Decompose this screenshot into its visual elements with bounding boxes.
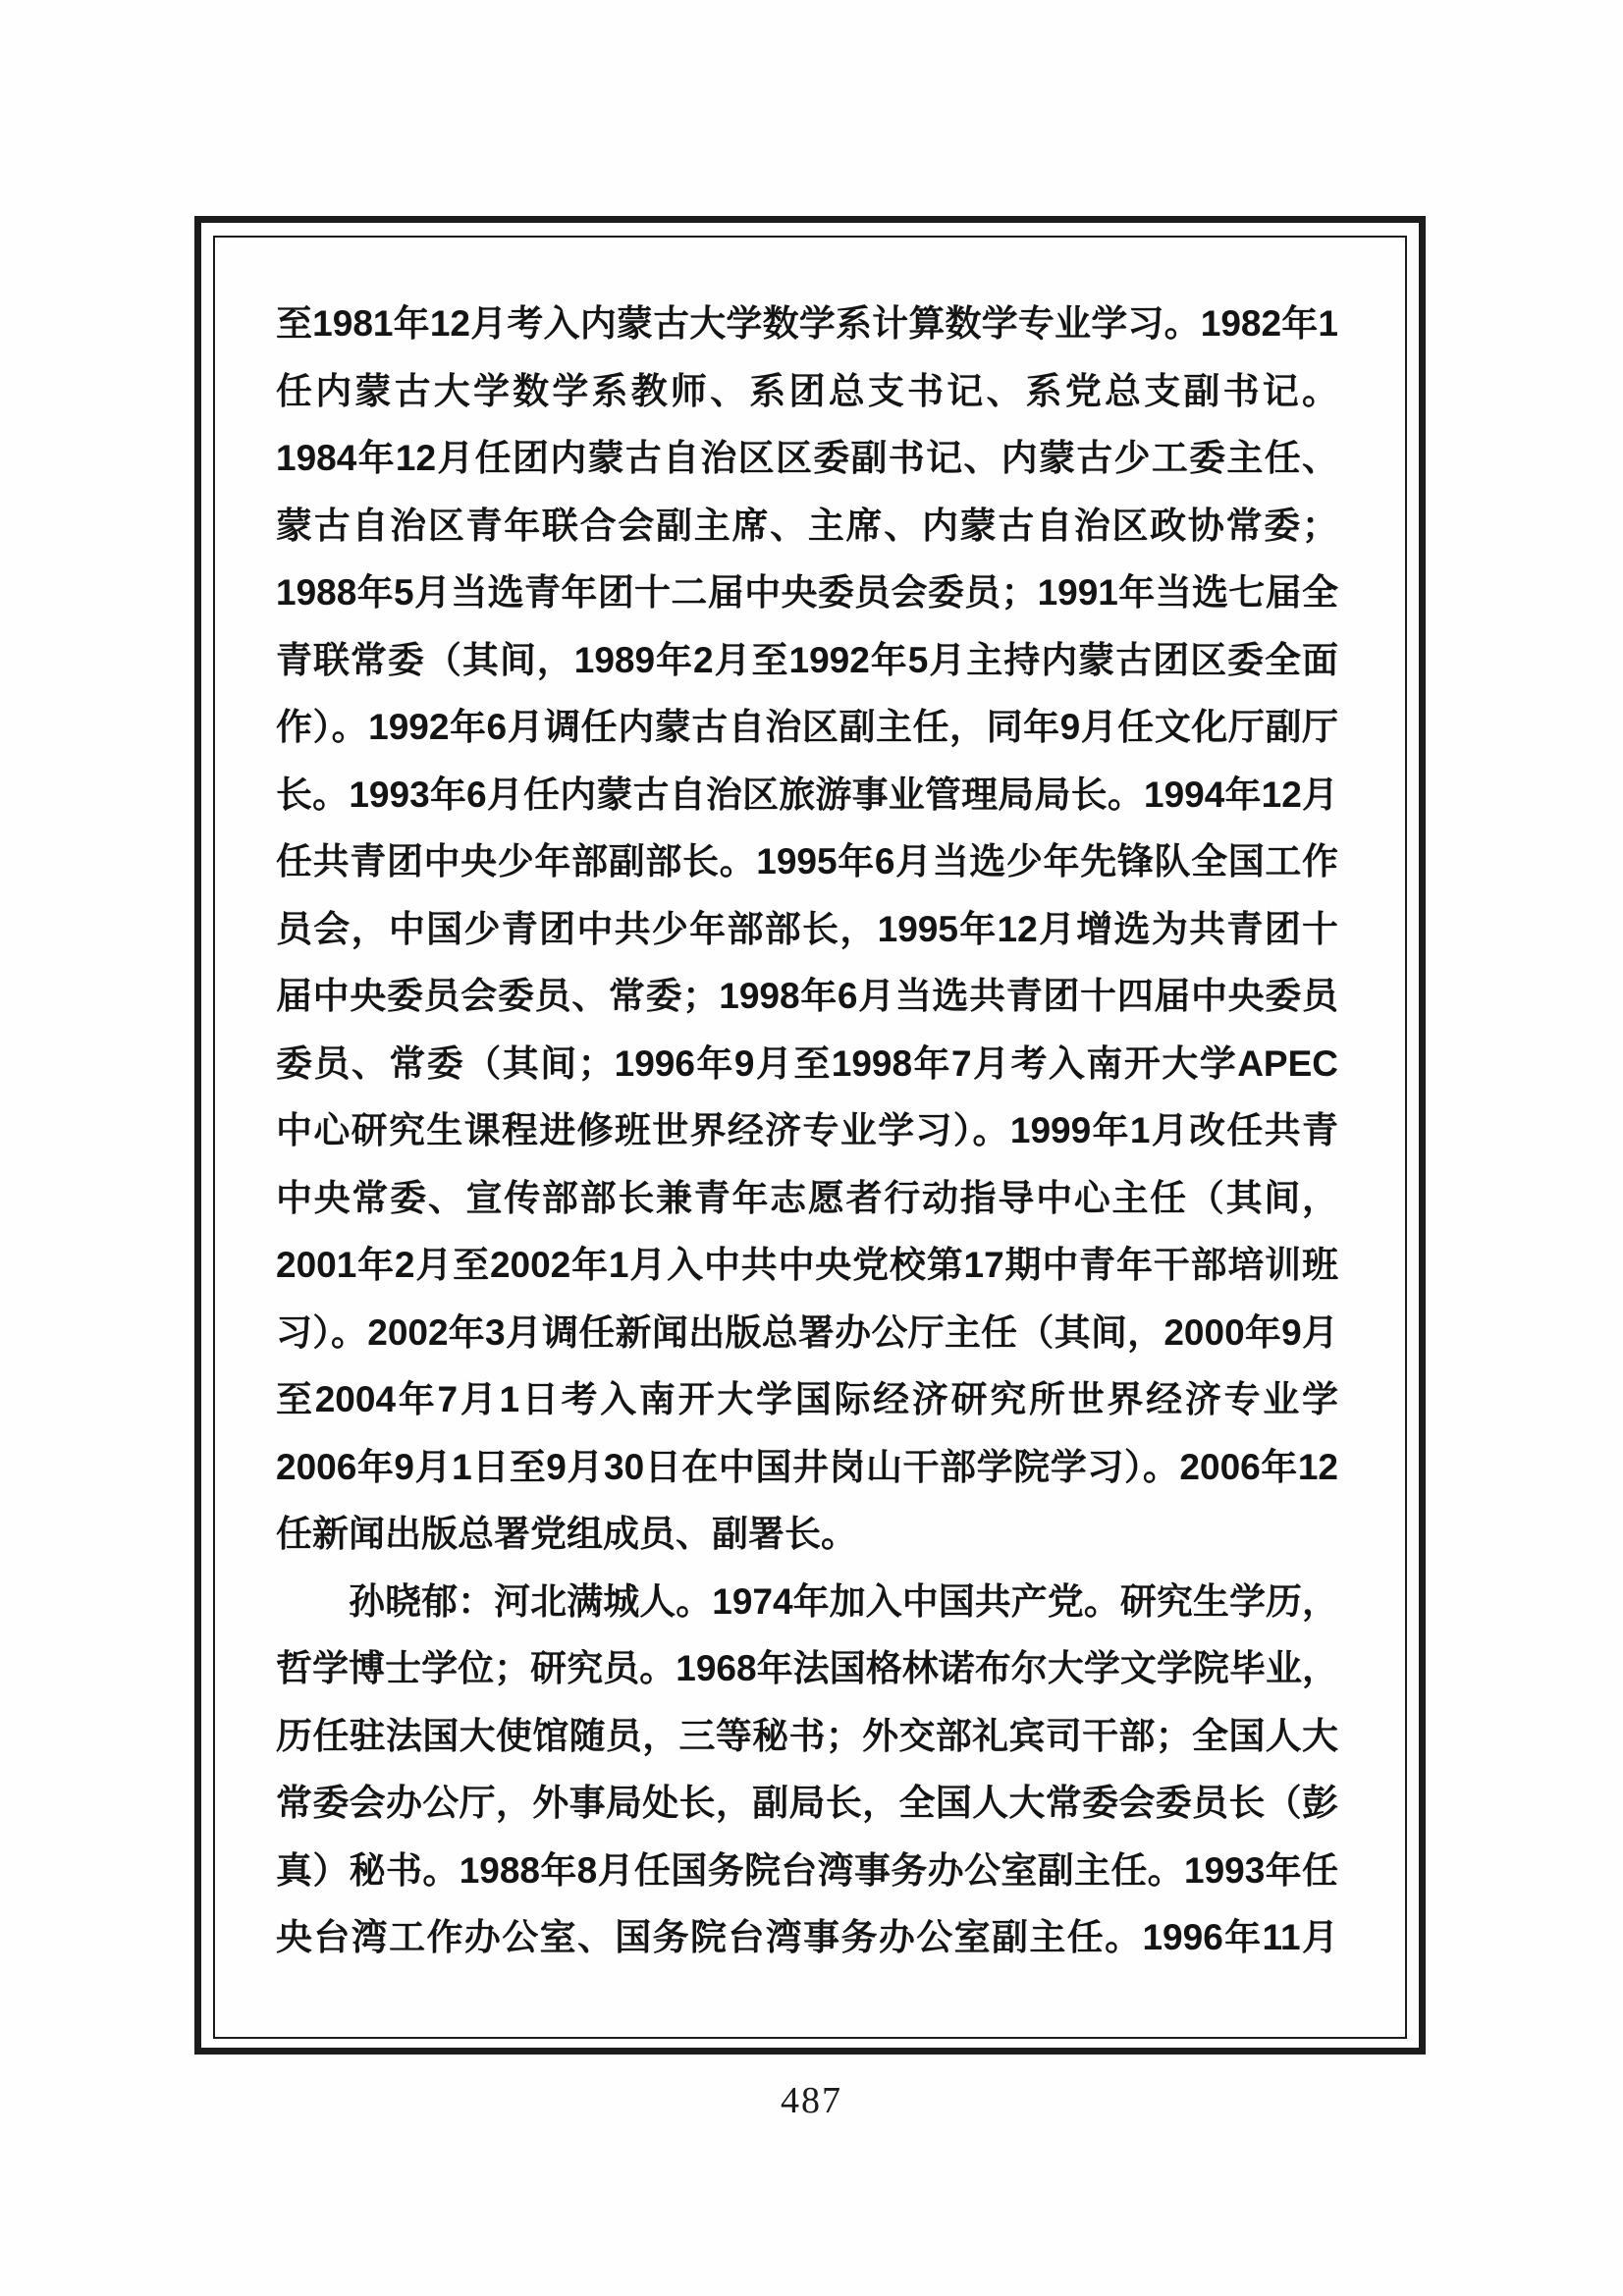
text-line-16: 习）。2002年3月调任新闻出版总署办公厅主任（其间，2000年9月 — [276, 1300, 1338, 1367]
text-line-20-paragraph-start: 孙晓郁：河北满城人。1974年加入中国共产党。研究生学历， — [276, 1569, 1338, 1636]
text-line-04: 蒙古自治区青年联合会副主席、主席、内蒙古自治区政协常委； — [276, 493, 1338, 561]
text-line-08: 长。1993年6月任内蒙古自治区旅游事业管理局局长。1994年12月调 — [276, 762, 1338, 829]
text-line-21: 哲学博士学位；研究员。1968年法国格林诺布尔大学文学院毕业， — [276, 1635, 1338, 1703]
text-line-06: 青联常委（其间，1989年2月至1992年5月主持内蒙古团区委全面工 — [276, 627, 1338, 695]
text-line-01: 至1981年12月考入内蒙古大学数学系计算数学专业学习。1982年1月 — [276, 291, 1338, 358]
text-line-23: 常委会办公厅，外事局处长，副局长，全国人大常委会委员长（彭 — [276, 1770, 1338, 1838]
text-line-14: 中央常委、宣传部部长兼青年志愿者行动指导中心主任（其间， — [276, 1165, 1338, 1233]
text-line-07: 作）。1992年6月调任内蒙古自治区副主任，同年9月任文化厅副厅 — [276, 694, 1338, 762]
text-line-25: 央台湾工作办公室、国务院台湾事务办公室副主任。1996年11月任 — [276, 1904, 1338, 1972]
text-line-03: 1984年12月任团内蒙古自治区区委副书记、内蒙古少工委主任、内 — [276, 425, 1338, 493]
page-number: 487 — [0, 2079, 1623, 2122]
text-line-05: 1988年5月当选青年团十二届中央委员会委员；1991年当选七届全国 — [276, 560, 1338, 627]
text-line-19-paragraph-end: 任新闻出版总署党组成员、副署长。 — [276, 1501, 1338, 1569]
text-line-12: 委员、常委（其间；1996年9月至1998年7月考入南开大学APEC研究 — [276, 1031, 1338, 1098]
text-line-15: 2001年2月至2002年1月入中共中央党校第17期中青年干部培训班学 — [276, 1232, 1338, 1300]
text-line-02: 任内蒙古大学数学系教师、系团总支书记、系党总支副书记。 — [276, 358, 1338, 426]
scanned-book-page: 至1981年12月考入内蒙古大学数学系计算数学专业学习。1982年1月 任内蒙古… — [0, 0, 1623, 2296]
text-line-11: 届中央委员会委员、常委；1998年6月当选共青团十四届中央委员会 — [276, 963, 1338, 1031]
body-text-block: 至1981年12月考入内蒙古大学数学系计算数学专业学习。1982年1月 任内蒙古… — [276, 291, 1338, 1972]
text-line-10: 员会，中国少青团中共少年部部长，1995年12月增选为共青团十三 — [276, 896, 1338, 964]
text-line-13: 中心研究生课程进修班世界经济专业学习）。1999年1月改任共青团 — [276, 1097, 1338, 1165]
text-line-17: 至2004年7月1日考入南开大学国际经济研究所世界经济专业学习； — [276, 1366, 1338, 1434]
text-line-18: 2006年9月1日至9月30日在中国井岗山干部学院学习）。2006年12月 — [276, 1434, 1338, 1502]
text-line-22: 历任驻法国大使馆随员，三等秘书；外交部礼宾司干部；全国人大 — [276, 1703, 1338, 1771]
text-line-09: 任共青团中央少年部副部长。1995年6月当选少年先锋队全国工作委 — [276, 828, 1338, 896]
text-line-24: 真）秘书。1988年8月任国务院台湾事务办公室副主任。1993年任中 — [276, 1838, 1338, 1905]
